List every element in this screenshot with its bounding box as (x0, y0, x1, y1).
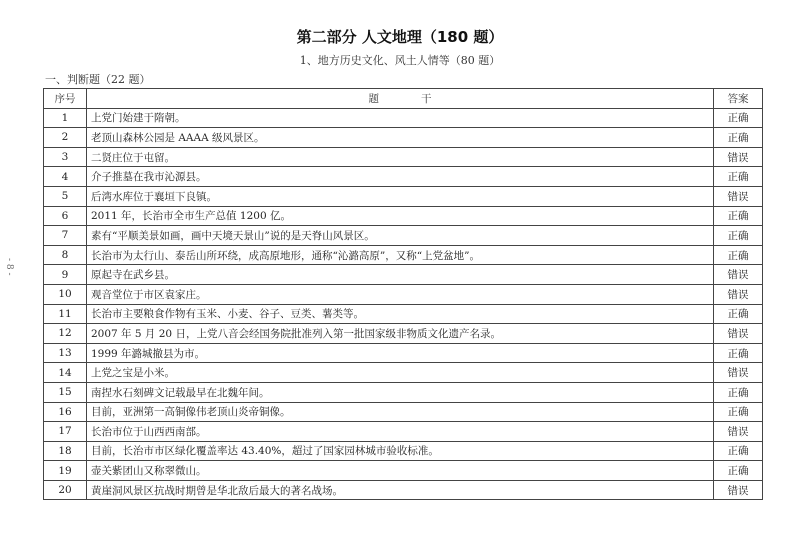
row-number: 11 (44, 304, 87, 324)
row-question: 原起寺在武乡县。 (87, 265, 714, 285)
row-question: 素有“平顺美景如画，画中天境天景山”说的是天脊山风景区。 (87, 226, 714, 246)
row-question: 目前，长治市市区绿化覆盖率达 43.40%，超过了国家园林城市验收标准。 (87, 441, 714, 461)
row-question: 观音堂位于市区袁家庄。 (87, 284, 714, 304)
row-question: 长治市为太行山、泰岳山所环绕，成高原地形，通称“沁潞高原”，又称“上党盆地”。 (87, 245, 714, 265)
row-number: 2 (44, 128, 87, 148)
page-title: 第二部分 人文地理（180 题） (0, 26, 800, 47)
table-row: 14上党之宝是小米。错误 (44, 363, 763, 383)
column-header-question-part2: 干 (421, 91, 432, 106)
row-number: 12 (44, 324, 87, 344)
row-number: 17 (44, 422, 87, 442)
column-header-question: 题干 (87, 89, 714, 109)
table-body: 1上党门始建于隋朝。正确2老顶山森林公园是 AAAA 级风景区。正确3二贤庄位于… (44, 108, 763, 500)
table-row: 15南捏水石刻碑文记载最早在北魏年间。正确 (44, 382, 763, 402)
row-answer: 正确 (714, 128, 763, 148)
column-header-no: 序号 (44, 89, 87, 109)
row-answer: 正确 (714, 461, 763, 481)
row-number: 8 (44, 245, 87, 265)
page-number: - 8 - (4, 258, 14, 276)
row-question: 黄崖洞风景区抗战时期曾是华北敌后最大的著名战场。 (87, 480, 714, 500)
row-answer: 正确 (714, 343, 763, 363)
table-row: 131999 年潞城撤县为市。正确 (44, 343, 763, 363)
row-answer: 错误 (714, 480, 763, 500)
table-row: 10观音堂位于市区袁家庄。错误 (44, 284, 763, 304)
row-question: 壶关紫团山又称翠微山。 (87, 461, 714, 481)
table-row: 7素有“平顺美景如画，画中天境天景山”说的是天脊山风景区。正确 (44, 226, 763, 246)
table-row: 122007 年 5 月 20 日，上党八音会经国务院批准列入第一批国家级非物质… (44, 324, 763, 344)
row-question: 2011 年，长治市全市生产总值 1200 亿。 (87, 206, 714, 226)
row-number: 15 (44, 382, 87, 402)
table-row: 3二贤庄位于屯留。错误 (44, 147, 763, 167)
row-number: 7 (44, 226, 87, 246)
row-question: 目前，亚洲第一高铜像伟老顶山炎帝铜像。 (87, 402, 714, 422)
column-header-answer: 答案 (714, 89, 763, 109)
row-number: 18 (44, 441, 87, 461)
row-answer: 错误 (714, 422, 763, 442)
table-row: 11长治市主要粮食作物有玉米、小麦、谷子、豆类、薯类等。正确 (44, 304, 763, 324)
row-answer: 错误 (714, 284, 763, 304)
quiz-table: 序号 题干 答案 1上党门始建于隋朝。正确2老顶山森林公园是 AAAA 级风景区… (43, 88, 763, 500)
row-number: 13 (44, 343, 87, 363)
row-question: 介子推墓在我市沁源县。 (87, 167, 714, 187)
row-answer: 正确 (714, 108, 763, 128)
table-row: 1上党门始建于隋朝。正确 (44, 108, 763, 128)
row-number: 19 (44, 461, 87, 481)
row-answer: 正确 (714, 304, 763, 324)
row-number: 10 (44, 284, 87, 304)
table-row: 2老顶山森林公园是 AAAA 级风景区。正确 (44, 128, 763, 148)
row-answer: 正确 (714, 382, 763, 402)
row-answer: 错误 (714, 363, 763, 383)
table-row: 20黄崖洞风景区抗战时期曾是华北敌后最大的著名战场。错误 (44, 480, 763, 500)
row-number: 4 (44, 167, 87, 187)
page-subtitle: 1、地方历史文化、风土人情等（80 题） (0, 52, 800, 68)
table-row: 19壶关紫团山又称翠微山。正确 (44, 461, 763, 481)
row-question: 二贤庄位于屯留。 (87, 147, 714, 167)
row-number: 1 (44, 108, 87, 128)
row-answer: 错误 (714, 186, 763, 206)
row-answer: 正确 (714, 245, 763, 265)
row-number: 3 (44, 147, 87, 167)
column-header-question-part1: 题 (369, 91, 380, 106)
row-question: 2007 年 5 月 20 日，上党八音会经国务院批准列入第一批国家级非物质文化… (87, 324, 714, 344)
row-question: 长治市主要粮食作物有玉米、小麦、谷子、豆类、薯类等。 (87, 304, 714, 324)
table-row: 8长治市为太行山、泰岳山所环绕，成高原地形，通称“沁潞高原”，又称“上党盆地”。… (44, 245, 763, 265)
row-question: 1999 年潞城撤县为市。 (87, 343, 714, 363)
table-row: 18目前，长治市市区绿化覆盖率达 43.40%，超过了国家园林城市验收标准。正确 (44, 441, 763, 461)
row-question: 上党之宝是小米。 (87, 363, 714, 383)
table-row: 62011 年，长治市全市生产总值 1200 亿。正确 (44, 206, 763, 226)
section-heading: 一、判断题（22 题） (45, 71, 151, 87)
table-row: 16目前，亚洲第一高铜像伟老顶山炎帝铜像。正确 (44, 402, 763, 422)
table-row: 9原起寺在武乡县。错误 (44, 265, 763, 285)
row-number: 5 (44, 186, 87, 206)
row-answer: 正确 (714, 226, 763, 246)
row-number: 6 (44, 206, 87, 226)
row-number: 20 (44, 480, 87, 500)
table-row: 5后湾水库位于襄垣下良镇。错误 (44, 186, 763, 206)
row-answer: 错误 (714, 265, 763, 285)
row-question: 老顶山森林公园是 AAAA 级风景区。 (87, 128, 714, 148)
row-answer: 正确 (714, 441, 763, 461)
row-answer: 错误 (714, 147, 763, 167)
row-number: 9 (44, 265, 87, 285)
table-row: 4介子推墓在我市沁源县。正确 (44, 167, 763, 187)
table-header-row: 序号 题干 答案 (44, 89, 763, 109)
table-row: 17长治市位于山西西南部。错误 (44, 422, 763, 442)
row-number: 14 (44, 363, 87, 383)
row-question: 上党门始建于隋朝。 (87, 108, 714, 128)
row-question: 后湾水库位于襄垣下良镇。 (87, 186, 714, 206)
row-answer: 正确 (714, 206, 763, 226)
row-question: 南捏水石刻碑文记载最早在北魏年间。 (87, 382, 714, 402)
row-question: 长治市位于山西西南部。 (87, 422, 714, 442)
row-answer: 正确 (714, 402, 763, 422)
row-answer: 正确 (714, 167, 763, 187)
row-number: 16 (44, 402, 87, 422)
row-answer: 错误 (714, 324, 763, 344)
